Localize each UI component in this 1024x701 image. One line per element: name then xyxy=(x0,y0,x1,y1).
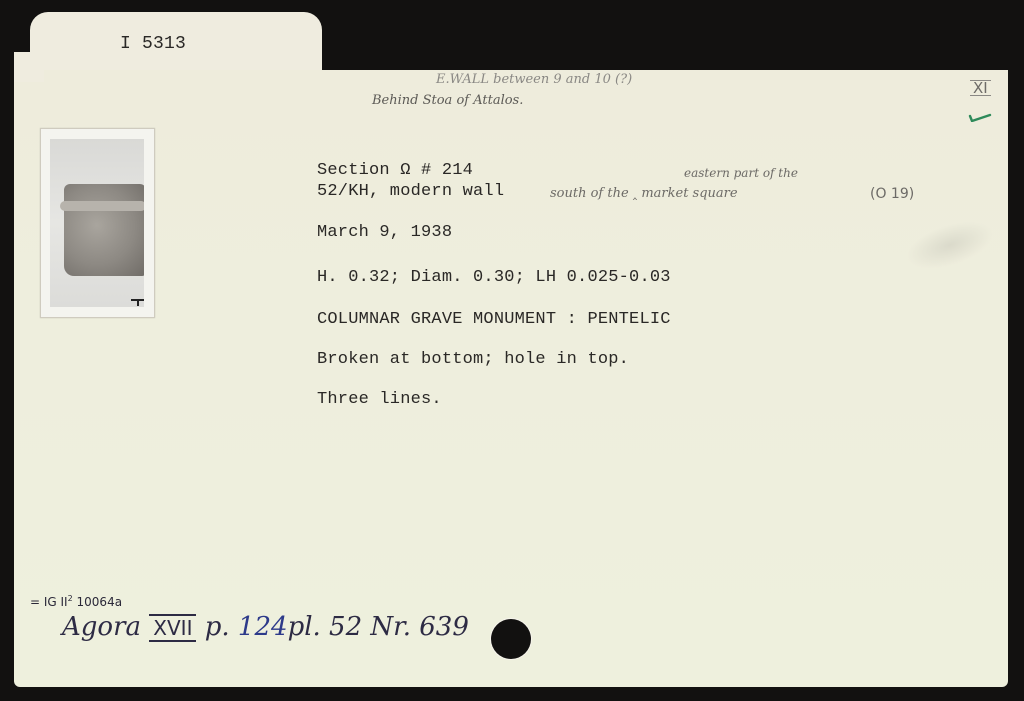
object-photo-mount xyxy=(40,128,155,318)
page-prefix: p. xyxy=(205,612,230,642)
ig-reference: = IG II2 10064a xyxy=(30,594,122,609)
corner-roman-numeral: XI xyxy=(970,80,991,96)
excavation-date: March 9, 1938 xyxy=(317,223,452,242)
index-card xyxy=(14,70,1008,687)
inventory-number: I 5313 xyxy=(120,34,186,54)
plate-number: pl. 52 xyxy=(288,612,363,642)
card-top-edge xyxy=(310,70,1008,80)
dimensions: H. 0.32; Diam. 0.30; LH 0.025-0.03 xyxy=(317,268,671,287)
object-type: COLUMNAR GRAVE MONUMENT : PENTELIC xyxy=(317,310,671,329)
section-number: Section Ω # 214 xyxy=(317,161,473,180)
ig-edition: 2 xyxy=(68,594,73,603)
handwritten-wall-note: E.WALL between 9 and 10 (?) xyxy=(436,72,632,87)
condition: Broken at bottom; hole in top. xyxy=(317,350,629,369)
agora-reference: Agora XVII p. 124pl. 52 Nr. 639 xyxy=(62,612,469,642)
punch-hole xyxy=(491,619,531,659)
catalog-number: Nr. 639 xyxy=(370,612,468,642)
ig-number: 10064a xyxy=(77,595,123,609)
green-check-icon xyxy=(968,112,992,122)
object-photo xyxy=(50,139,144,307)
card-tab-shoulder xyxy=(14,52,44,82)
inscription-note: Three lines. xyxy=(317,390,442,409)
monument-image xyxy=(64,184,144,276)
agora-volume: XVII xyxy=(149,614,196,642)
find-location: 52/KH, modern wall xyxy=(317,182,504,201)
handwritten-location-note: south of the ‸ market square xyxy=(550,186,738,201)
scale-stem-icon xyxy=(137,299,139,306)
monument-rim xyxy=(60,201,144,211)
handwritten-stoa-note: Behind Stoa of Attalos. xyxy=(372,93,523,108)
ig-label: = IG II xyxy=(30,595,68,609)
page-number: 124 xyxy=(238,612,288,642)
handwritten-insertion: eastern part of the xyxy=(684,166,798,180)
grid-reference: (O 19) xyxy=(870,186,914,202)
agora-label: Agora xyxy=(62,612,141,642)
